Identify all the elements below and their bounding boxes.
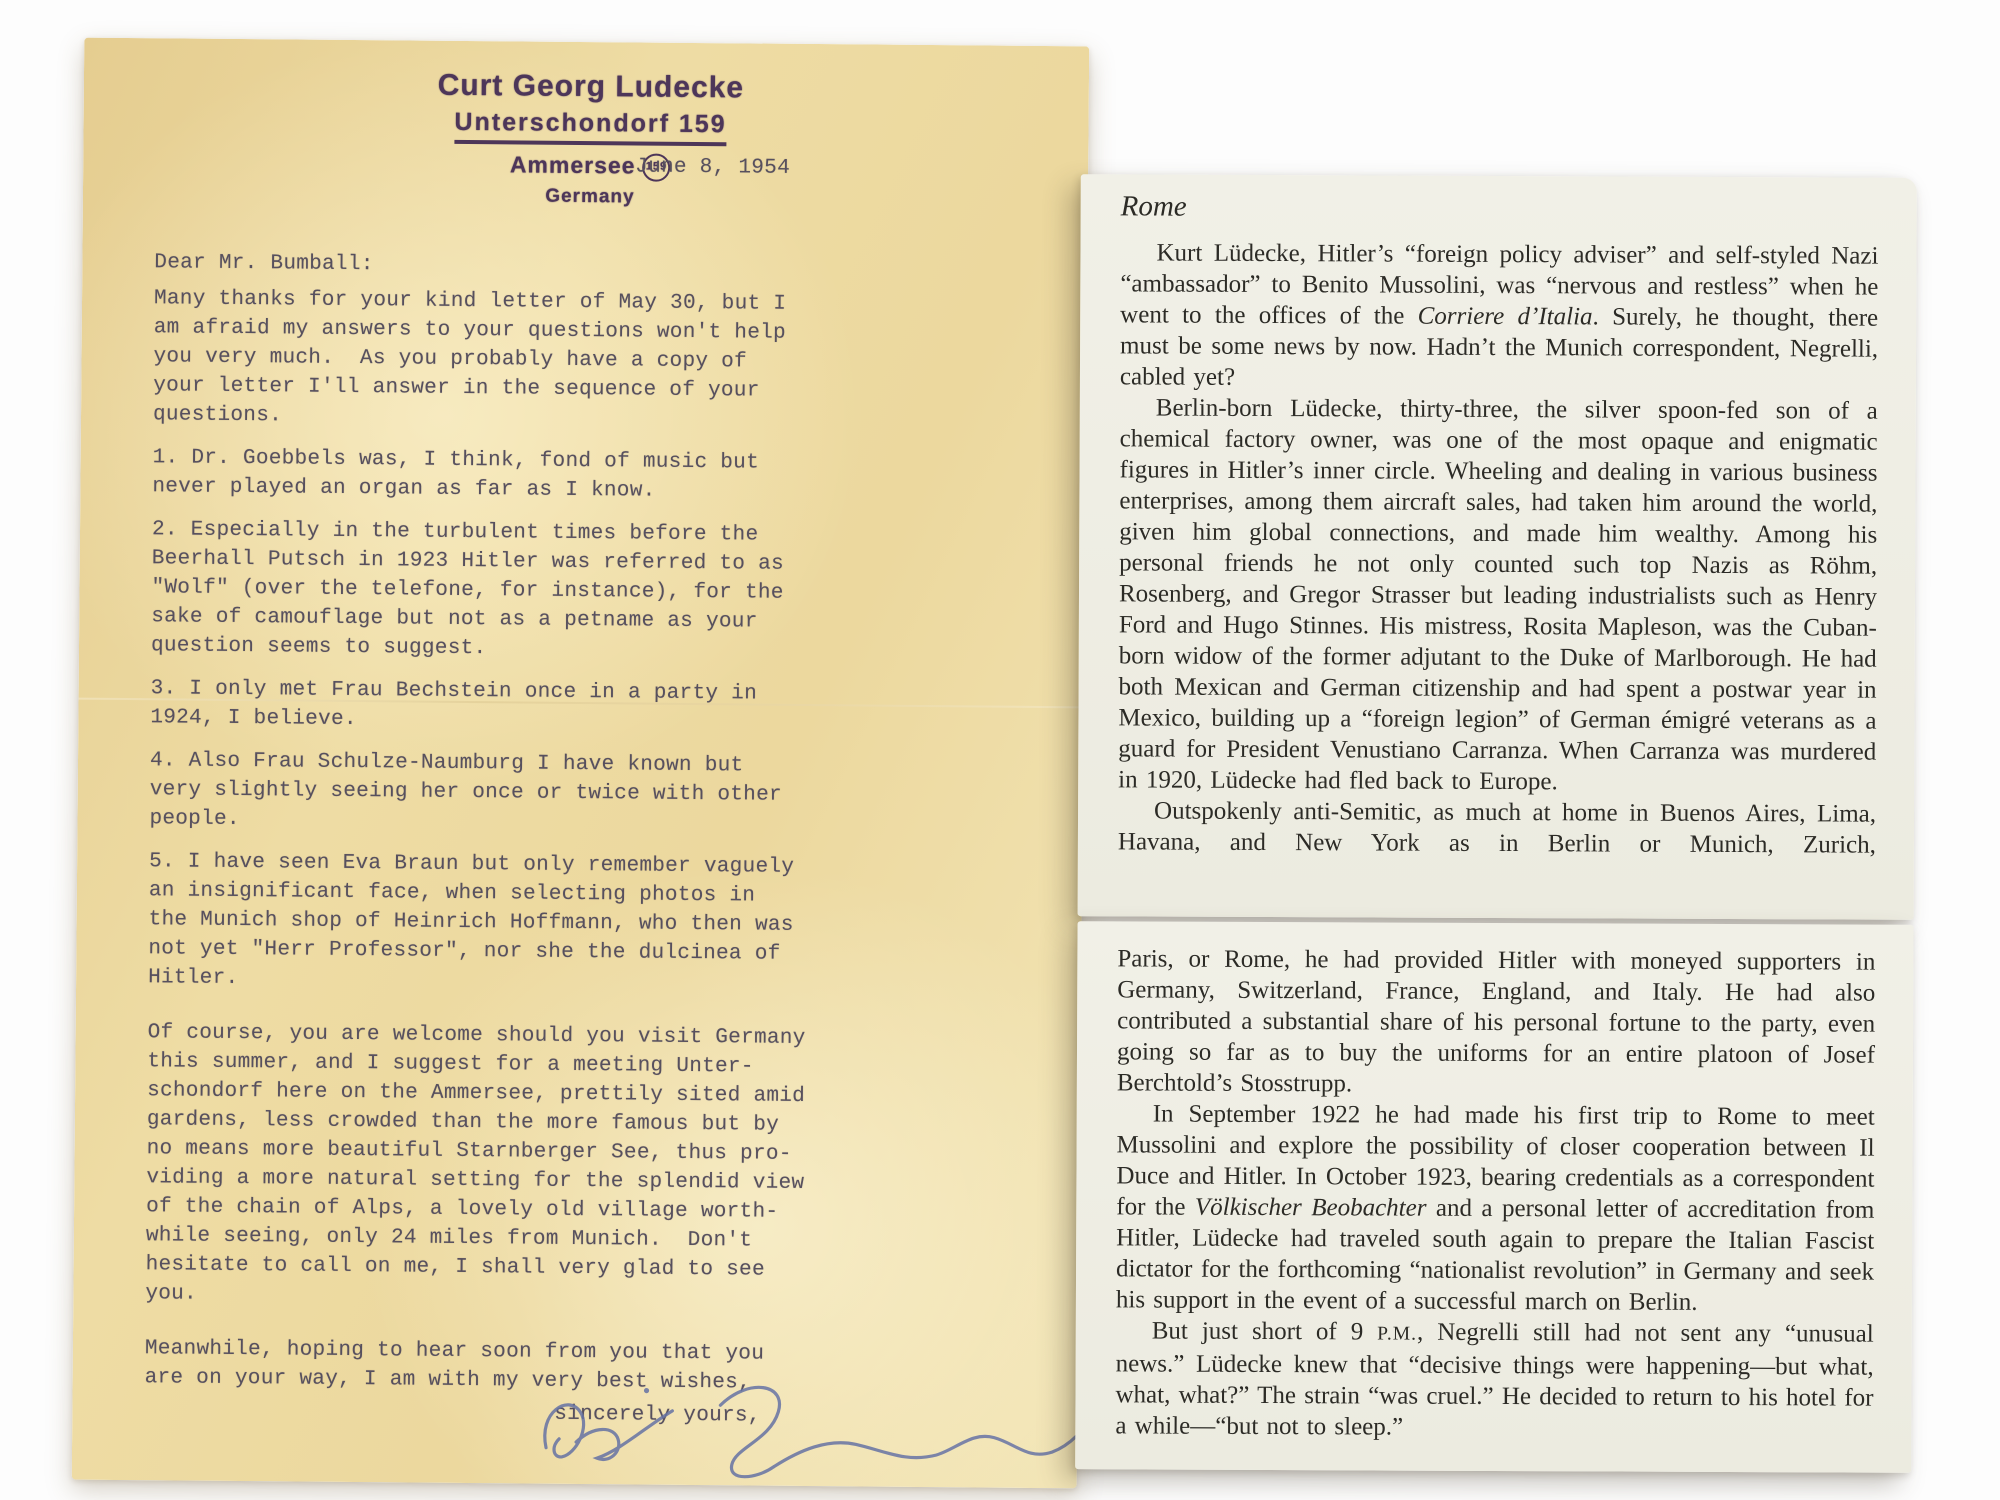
book-paragraph: In September 1922 he had made his first …	[1116, 1098, 1875, 1318]
book-paragraph: Paris, or Rome, he had provided Hitler w…	[1117, 943, 1876, 1101]
book-page: Rome Kurt Lüdecke, Hitler’s “foreign pol…	[1075, 174, 1917, 1473]
letter-paragraph: Of course, you are welcome should you vi…	[145, 1018, 878, 1314]
stamp-country: Germany	[435, 185, 745, 210]
chapter-heading: Rome	[1121, 190, 1879, 226]
book-paragraph: Berlin-born Lüdecke, thirty-three, the s…	[1118, 392, 1878, 798]
typewritten-letter: Curt Georg Ludecke Unterschondorf 159 Am…	[72, 38, 1090, 1489]
letter-paragraph: 2. Especially in the turbulent times bef…	[151, 515, 882, 666]
book-paragraph: But just short of 9 P.M., Negrelli still…	[1115, 1315, 1874, 1444]
book-paragraph: Outspokenly anti-Semitic, as much at hom…	[1118, 795, 1876, 860]
letterhead-stamp: Curt Georg Ludecke Unterschondorf 159 Am…	[435, 69, 746, 210]
letter-paragraph: 1. Dr. Goebbels was, I think, fond of mu…	[152, 443, 882, 507]
letter-salutation: Dear Mr. Bumball:	[154, 248, 374, 279]
scan-background: Curt Georg Ludecke Unterschondorf 159 Am…	[0, 0, 2000, 1500]
letter-paragraph: 3. I only met Frau Bechstein once in a p…	[150, 674, 880, 738]
signature-scrawl	[524, 1370, 1085, 1483]
letter-paragraph: Many thanks for your kind letter of May …	[153, 284, 884, 435]
book-clipping-bottom: Paris, or Rome, he had provided Hitler w…	[1075, 921, 1913, 1473]
letter-paragraph: 5. I have seen Eva Braun but only rememb…	[148, 847, 879, 998]
book-clipping-top: Rome Kurt Lüdecke, Hitler’s “foreign pol…	[1078, 174, 1917, 920]
letter-body: Many thanks for your kind letter of May …	[144, 284, 884, 1431]
book-paragraph: Kurt Lüdecke, Hitler’s “foreign policy a…	[1120, 237, 1879, 395]
letter-date: June 8, 1954	[635, 152, 790, 182]
stamp-address: Unterschondorf 159	[454, 108, 726, 146]
letter-paragraph: 4. Also Frau Schulze-Naumburg I have kno…	[149, 746, 880, 839]
stamp-name: Curt Georg Ludecke	[436, 69, 746, 106]
